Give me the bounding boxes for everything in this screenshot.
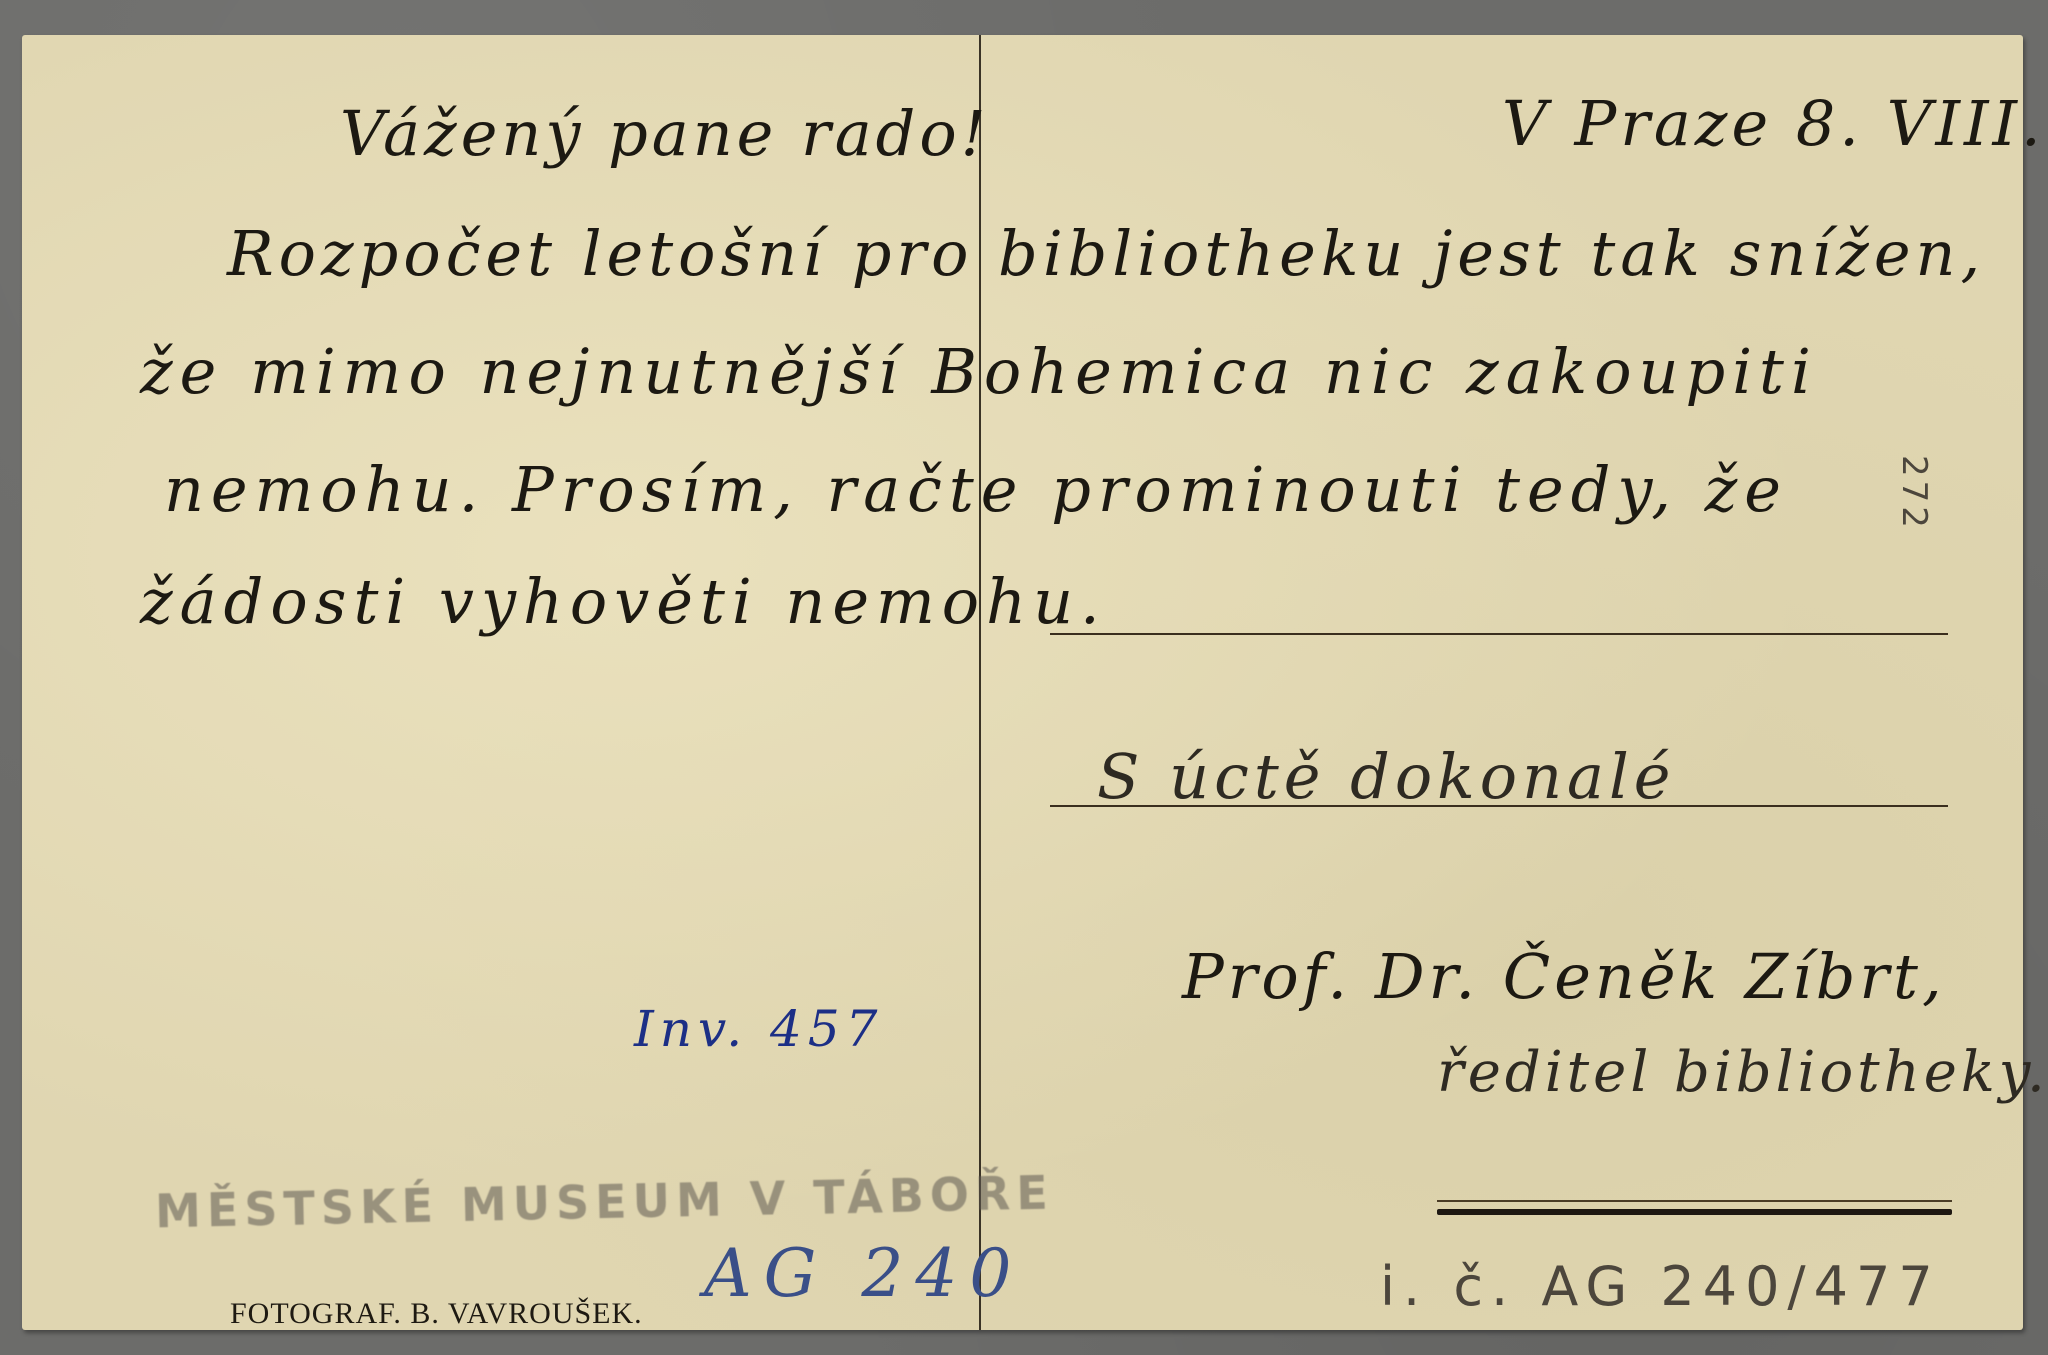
closing: S úctě dokonalé bbox=[1097, 740, 1675, 813]
body-line-3: nemohu. Prosím, račte prominouti tedy, ž… bbox=[164, 453, 1788, 526]
body-line-2: že mimo nejnutnější Bohemica nic zakoupi… bbox=[140, 335, 1818, 408]
catalog-number-blue: AG 240 bbox=[704, 1235, 1023, 1312]
signature: Prof. Dr. Čeněk Zíbrt, bbox=[1182, 940, 1946, 1013]
postcard: Vážený pane rado! V Praze 8. VIII. 916. … bbox=[22, 35, 2023, 1330]
museum-stamp: MĚSTSKÉ MUSEUM V TÁBOŘE bbox=[155, 1166, 1055, 1239]
salutation: Vážený pane rado! bbox=[340, 97, 990, 170]
place-date: V Praze 8. VIII. 916. bbox=[1502, 87, 2048, 160]
body-line-1: Rozpočet letošní pro bibliotheku jest ta… bbox=[227, 217, 1985, 290]
double-rule-thick bbox=[1437, 1209, 1952, 1215]
body-line-4: žádosti vyhověti nemohu. bbox=[140, 565, 1107, 638]
inventory-number-annotation: Inv. 457 bbox=[634, 1000, 884, 1058]
double-rule-thin bbox=[1437, 1200, 1952, 1202]
address-line-2 bbox=[1050, 805, 1948, 807]
address-line-1 bbox=[1050, 633, 1948, 635]
photographer-imprint: FOTOGRAF. B. VAVROUŠEK. bbox=[230, 1297, 643, 1331]
signature-title: ředitel bibliotheky. bbox=[1437, 1040, 2048, 1105]
margin-pencil-number: 272 bbox=[1894, 455, 1934, 532]
catalog-number-pencil: i. č. AG 240/477 bbox=[1380, 1255, 1941, 1318]
